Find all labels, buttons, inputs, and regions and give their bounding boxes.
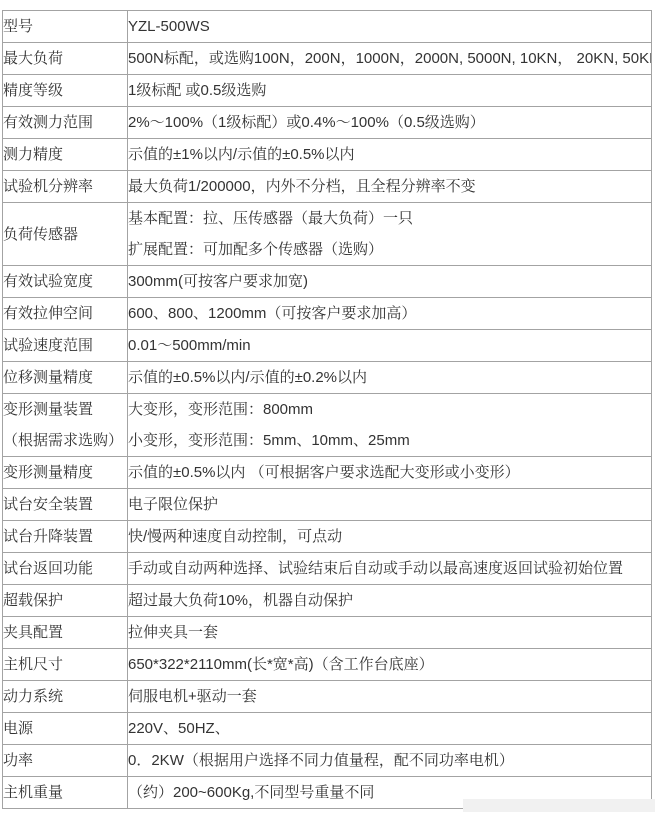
spec-row: 夹具配置拉伸夹具一套 bbox=[3, 617, 652, 649]
spec-label: 最大负荷 bbox=[3, 43, 128, 75]
spec-row: 电源220V、50HZ、 bbox=[3, 713, 652, 745]
spec-label-line: 有效测力范围 bbox=[3, 107, 127, 138]
spec-label: 测力精度 bbox=[3, 139, 128, 171]
spec-label: 有效试验宽度 bbox=[3, 266, 128, 298]
spec-value: 650*322*2110mm(长*宽*高)（含工作台底座） bbox=[128, 649, 652, 681]
spec-label-line: 主机重量 bbox=[3, 777, 127, 808]
spec-value-line: YZL-500WS bbox=[128, 11, 651, 42]
spec-label-line: 试台升降装置 bbox=[3, 521, 127, 552]
spec-value-line: 电子限位保护 bbox=[128, 489, 651, 520]
spec-label-line: 试验机分辨率 bbox=[3, 171, 127, 202]
spec-value-line: 大变形，变形范围：800mm bbox=[128, 394, 651, 425]
spec-label: 精度等级 bbox=[3, 75, 128, 107]
spec-value-line: 1级标配 或0.5级选购 bbox=[128, 75, 651, 106]
spec-label-line: 负荷传感器 bbox=[3, 219, 127, 250]
spec-value: 大变形，变形范围：800mm小变形，变形范围：5mm、10mm、25mm bbox=[128, 394, 652, 457]
spec-row: 精度等级1级标配 或0.5级选购 bbox=[3, 75, 652, 107]
spec-row: 位移测量精度示值的±0.5%以内/示值的±0.2%以内 bbox=[3, 362, 652, 394]
spec-label-line: 测力精度 bbox=[3, 139, 127, 170]
spec-value: 伺服电机+驱动一套 bbox=[128, 681, 652, 713]
spec-value: 600、800、1200mm（可按客户要求加高） bbox=[128, 298, 652, 330]
spec-value-line: 650*322*2110mm(长*宽*高)（含工作台底座） bbox=[128, 649, 651, 680]
spec-label-line: 夹具配置 bbox=[3, 617, 127, 648]
spec-label: 变形测量装置（根据需求选购） bbox=[3, 394, 128, 457]
spec-row: 主机尺寸650*322*2110mm(长*宽*高)（含工作台底座） bbox=[3, 649, 652, 681]
spec-row: 超载保护超过最大负荷10%，机器自动保护 bbox=[3, 585, 652, 617]
spec-row: 测力精度示值的±1%以内/示值的±0.5%以内 bbox=[3, 139, 652, 171]
spec-label: 超载保护 bbox=[3, 585, 128, 617]
spec-label-line: （根据需求选购） bbox=[3, 425, 127, 456]
spec-value-line: 扩展配置：可加配多个传感器（选购） bbox=[128, 234, 651, 265]
spec-value-line: 示值的±0.5%以内/示值的±0.2%以内 bbox=[128, 362, 651, 393]
spec-value: YZL-500WS bbox=[128, 11, 652, 43]
spec-label-line: 精度等级 bbox=[3, 75, 127, 106]
spec-row: 功率0．2KW（根据用户选择不同力值量程，配不同功率电机） bbox=[3, 745, 652, 777]
spec-label-line: 动力系统 bbox=[3, 681, 127, 712]
spec-label-line: 功率 bbox=[3, 745, 127, 776]
spec-row: 变形测量精度示值的±0.5%以内 （可根据客户要求选配大变形或小变形） bbox=[3, 457, 652, 489]
spec-label-line: 位移测量精度 bbox=[3, 362, 127, 393]
spec-value-line: 0．2KW（根据用户选择不同力值量程，配不同功率电机） bbox=[128, 745, 651, 776]
spec-label: 试台升降装置 bbox=[3, 521, 128, 553]
spec-value-line: 示值的±0.5%以内 （可根据客户要求选配大变形或小变形） bbox=[128, 457, 651, 488]
spec-value-line: 基本配置：拉、压传感器（最大负荷）一只 bbox=[128, 203, 651, 234]
spec-value: 0．2KW（根据用户选择不同力值量程，配不同功率电机） bbox=[128, 745, 652, 777]
spec-value: 1级标配 或0.5级选购 bbox=[128, 75, 652, 107]
spec-value-line: 220V、50HZ、 bbox=[128, 713, 651, 744]
spec-value-line: 最大负荷1/200000，内外不分档，且全程分辨率不变 bbox=[128, 171, 651, 202]
spec-value: 拉伸夹具一套 bbox=[128, 617, 652, 649]
spec-label: 主机重量 bbox=[3, 777, 128, 809]
spec-label: 变形测量精度 bbox=[3, 457, 128, 489]
spec-value-line: 伺服电机+驱动一套 bbox=[128, 681, 651, 712]
spec-label: 位移测量精度 bbox=[3, 362, 128, 394]
spec-value-line: 手动或自动两种选择、试验结束后自动或手动以最高速度返回试验初始位置 bbox=[128, 553, 651, 584]
spec-value: 2%～100%（1级标配）或0.4%～100%（0.5级选购） bbox=[128, 107, 652, 139]
spec-label: 试台安全装置 bbox=[3, 489, 128, 521]
spec-value: 基本配置：拉、压传感器（最大负荷）一只扩展配置：可加配多个传感器（选购） bbox=[128, 203, 652, 266]
spec-label: 有效测力范围 bbox=[3, 107, 128, 139]
spec-value: 示值的±0.5%以内/示值的±0.2%以内 bbox=[128, 362, 652, 394]
spec-label-line: 试台返回功能 bbox=[3, 553, 127, 584]
spec-value-line: 500N标配，或选购100N，200N，1000N，2000N, 5000N, … bbox=[128, 43, 651, 74]
spec-row: 负荷传感器基本配置：拉、压传感器（最大负荷）一只扩展配置：可加配多个传感器（选购… bbox=[3, 203, 652, 266]
spec-label: 动力系统 bbox=[3, 681, 128, 713]
spec-row: 试台升降装置快/慢两种速度自动控制，可点动 bbox=[3, 521, 652, 553]
spec-value: 220V、50HZ、 bbox=[128, 713, 652, 745]
spec-value: 手动或自动两种选择、试验结束后自动或手动以最高速度返回试验初始位置 bbox=[128, 553, 652, 585]
spec-row: 试验机分辨率最大负荷1/200000，内外不分档，且全程分辨率不变 bbox=[3, 171, 652, 203]
spec-value: 示值的±1%以内/示值的±0.5%以内 bbox=[128, 139, 652, 171]
spec-label: 夹具配置 bbox=[3, 617, 128, 649]
spec-value: 0.01～500mm/min bbox=[128, 330, 652, 362]
spec-value-line: 超过最大负荷10%，机器自动保护 bbox=[128, 585, 651, 616]
spec-label: 功率 bbox=[3, 745, 128, 777]
spec-value-line: 小变形，变形范围：5mm、10mm、25mm bbox=[128, 425, 651, 456]
spec-value: 示值的±0.5%以内 （可根据客户要求选配大变形或小变形） bbox=[128, 457, 652, 489]
spec-label: 试验速度范围 bbox=[3, 330, 128, 362]
spec-label: 型号 bbox=[3, 11, 128, 43]
spec-label-line: 最大负荷 bbox=[3, 43, 127, 74]
spec-row: 试台返回功能手动或自动两种选择、试验结束后自动或手动以最高速度返回试验初始位置 bbox=[3, 553, 652, 585]
spec-value-line: 2%～100%（1级标配）或0.4%～100%（0.5级选购） bbox=[128, 107, 651, 138]
spec-label-line: 有效拉伸空间 bbox=[3, 298, 127, 329]
spec-value-line: 600、800、1200mm（可按客户要求加高） bbox=[128, 298, 651, 329]
spec-label-line: 变形测量装置 bbox=[3, 394, 127, 425]
spec-label-line: 试验速度范围 bbox=[3, 330, 127, 361]
spec-label-line: 试台安全装置 bbox=[3, 489, 127, 520]
spec-row: 变形测量装置（根据需求选购）大变形，变形范围：800mm小变形，变形范围：5mm… bbox=[3, 394, 652, 457]
spec-label: 试台返回功能 bbox=[3, 553, 128, 585]
spec-value: 快/慢两种速度自动控制，可点动 bbox=[128, 521, 652, 553]
spec-label-line: 型号 bbox=[3, 11, 127, 42]
watermark-remnant bbox=[463, 799, 655, 812]
spec-label-line: 超载保护 bbox=[3, 585, 127, 616]
spec-value-line: 快/慢两种速度自动控制，可点动 bbox=[128, 521, 651, 552]
spec-row: 最大负荷500N标配，或选购100N，200N，1000N，2000N, 500… bbox=[3, 43, 652, 75]
spec-label: 试验机分辨率 bbox=[3, 171, 128, 203]
spec-label-line: 电源 bbox=[3, 713, 127, 744]
spec-label: 负荷传感器 bbox=[3, 203, 128, 266]
spec-row: 有效测力范围2%～100%（1级标配）或0.4%～100%（0.5级选购） bbox=[3, 107, 652, 139]
spec-row: 试台安全装置电子限位保护 bbox=[3, 489, 652, 521]
spec-value-line: 示值的±1%以内/示值的±0.5%以内 bbox=[128, 139, 651, 170]
spec-label: 有效拉伸空间 bbox=[3, 298, 128, 330]
spec-value-line: 拉伸夹具一套 bbox=[128, 617, 651, 648]
spec-label-line: 有效试验宽度 bbox=[3, 266, 127, 297]
spec-value-line: 300mm(可按客户要求加宽) bbox=[128, 266, 651, 297]
spec-value: 电子限位保护 bbox=[128, 489, 652, 521]
spec-row: 有效拉伸空间600、800、1200mm（可按客户要求加高） bbox=[3, 298, 652, 330]
spec-value: 超过最大负荷10%，机器自动保护 bbox=[128, 585, 652, 617]
page: { "page": { "background_color": "#ffffff… bbox=[0, 0, 661, 819]
spec-label-line: 变形测量精度 bbox=[3, 457, 127, 488]
spec-row: 动力系统伺服电机+驱动一套 bbox=[3, 681, 652, 713]
spec-label: 主机尺寸 bbox=[3, 649, 128, 681]
spec-value: 最大负荷1/200000，内外不分档，且全程分辨率不变 bbox=[128, 171, 652, 203]
spec-row: 型号YZL-500WS bbox=[3, 11, 652, 43]
spec-label: 电源 bbox=[3, 713, 128, 745]
spec-value: 500N标配，或选购100N，200N，1000N，2000N, 5000N, … bbox=[128, 43, 652, 75]
spec-label-line: 主机尺寸 bbox=[3, 649, 127, 680]
spec-value-line: 0.01～500mm/min bbox=[128, 330, 651, 361]
spec-row: 有效试验宽度300mm(可按客户要求加宽) bbox=[3, 266, 652, 298]
spec-row: 试验速度范围0.01～500mm/min bbox=[3, 330, 652, 362]
spec-table: 型号YZL-500WS最大负荷500N标配，或选购100N，200N，1000N… bbox=[2, 10, 652, 809]
spec-value: 300mm(可按客户要求加宽) bbox=[128, 266, 652, 298]
